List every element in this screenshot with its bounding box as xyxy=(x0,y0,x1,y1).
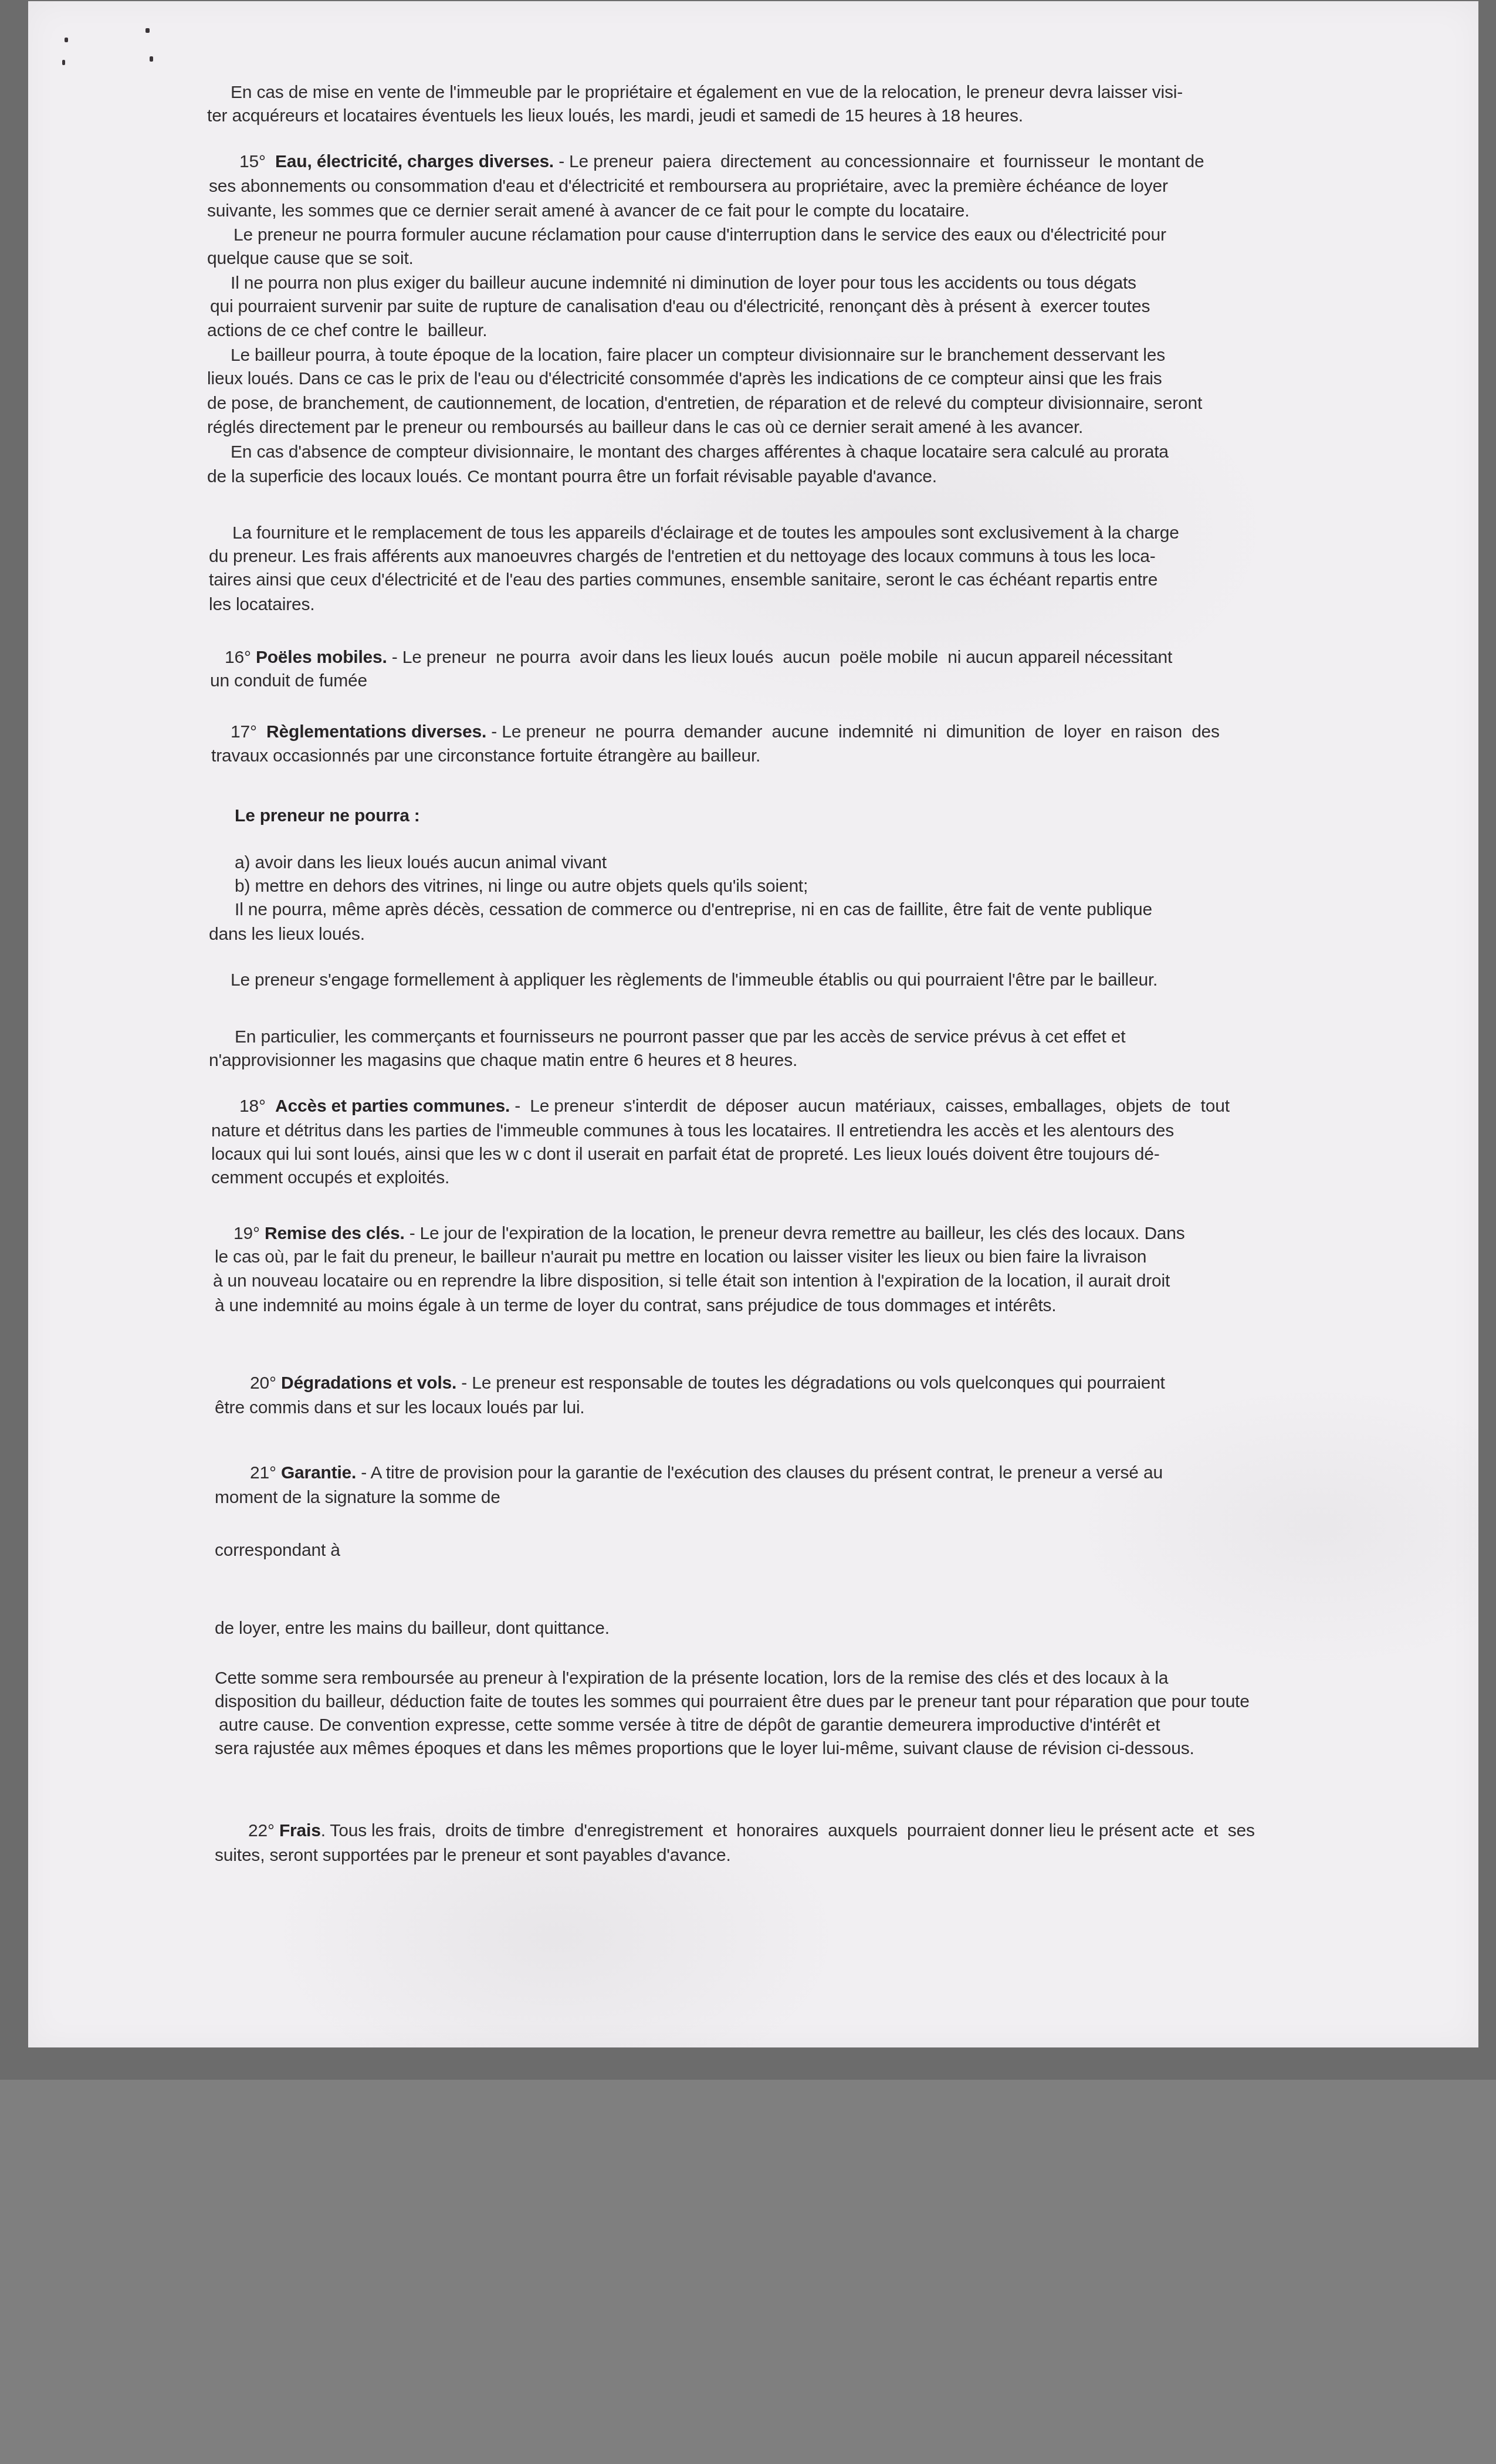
clause-text: - A titre de provision pour la garantie … xyxy=(356,1463,1163,1483)
text-line: travaux occasionnés par une circonstance… xyxy=(211,746,760,767)
text-line: de loyer, entre les mains du bailleur, d… xyxy=(215,1618,610,1639)
text-line: n'approvisionner les magasins que chaque… xyxy=(209,1050,797,1071)
text-line: La fourniture et le remplacement de tous… xyxy=(232,523,1179,544)
clause-heading-line: 16° Poëles mobiles. - Le preneur ne pour… xyxy=(225,647,1172,668)
clause-text: . Tous les frais, droits de timbre d'enr… xyxy=(321,1821,1255,1840)
text-line: sera rajustée aux mêmes époques et dans … xyxy=(215,1738,1194,1759)
text-line: moment de la signature la somme de xyxy=(215,1487,500,1508)
subheading: Le preneur ne pourra : xyxy=(235,805,420,827)
list-item: a) avoir dans les lieux loués aucun anim… xyxy=(235,852,607,874)
scan-speck xyxy=(65,38,68,42)
clause-title: Poëles mobiles. xyxy=(256,648,387,667)
clause-title: Remise des clés. xyxy=(265,1224,405,1243)
text-line: correspondant à xyxy=(215,1540,340,1561)
clause-heading-line: 22° Frais. Tous les frais, droits de tim… xyxy=(248,1820,1255,1842)
clause-text: - Le preneur est responsable de toutes l… xyxy=(456,1373,1165,1393)
text-line: à une indemnité au moins égale à un term… xyxy=(215,1295,1056,1316)
text-line: un conduit de fumée xyxy=(210,671,367,692)
text-line: En cas de mise en vente de l'immeuble pa… xyxy=(231,82,1183,103)
text-line: à un nouveau locataire ou en reprendre l… xyxy=(213,1271,1170,1292)
text-line: disposition du bailleur, déduction faite… xyxy=(215,1691,1250,1712)
clause-title: Dégradations et vols. xyxy=(281,1373,456,1393)
text-line: Le bailleur pourra, à toute époque de la… xyxy=(231,345,1165,366)
text-line: Le preneur ne pourra formuler aucune réc… xyxy=(233,225,1166,246)
text-line: du preneur. Les frais afférents aux mano… xyxy=(209,546,1156,567)
text-line: être commis dans et sur les locaux loués… xyxy=(215,1397,584,1419)
clause-title: Accès et parties communes. xyxy=(275,1096,510,1116)
text-line: ter acquéreurs et locataires éventuels l… xyxy=(207,106,1023,127)
text-line: les locataires. xyxy=(209,594,314,615)
text-line: réglés directement par le preneur ou rem… xyxy=(207,417,1083,438)
text-line: suites, seront supportées par le preneur… xyxy=(215,1845,731,1866)
clause-number: 20° xyxy=(250,1373,276,1393)
clause-title: Frais xyxy=(279,1821,321,1840)
clause-text: - Le preneur ne pourra avoir dans les li… xyxy=(387,648,1172,667)
text-line: dans les lieux loués. xyxy=(209,924,365,945)
clause-number: 17° xyxy=(231,722,257,742)
text-line: locaux qui lui sont loués, ainsi que les… xyxy=(211,1144,1159,1165)
text-line: suivante, les sommes que ce dernier sera… xyxy=(207,201,969,222)
text-line: Cette somme sera remboursée au preneur à… xyxy=(215,1668,1168,1689)
text-line: lieux loués. Dans ce cas le prix de l'ea… xyxy=(207,368,1162,390)
clause-number: 15° xyxy=(239,152,266,171)
text-line: de la superficie des locaux loués. Ce mo… xyxy=(207,466,937,488)
scanned-page: En cas de mise en vente de l'immeuble pa… xyxy=(28,1,1478,2047)
text-line: Il ne pourra, même après décès, cessatio… xyxy=(235,899,1152,920)
clause-title: Eau, électricité, charges diverses. xyxy=(275,152,554,171)
text-line: Il ne pourra non plus exiger du bailleur… xyxy=(231,273,1136,294)
scan-speck xyxy=(150,56,153,62)
scan-speck xyxy=(145,28,150,33)
list-item: b) mettre en dehors des vitrines, ni lin… xyxy=(235,876,808,897)
clause-text: - Le preneur ne pourra demander aucune i… xyxy=(486,722,1220,742)
clause-text: - Le preneur paiera directement au conce… xyxy=(554,152,1204,171)
text-line: le cas où, par le fait du preneur, le ba… xyxy=(215,1247,1146,1268)
clause-heading-line: 17° Règlementations diverses. - Le prene… xyxy=(231,722,1220,743)
text-line: actions de ce chef contre le bailleur. xyxy=(207,320,488,341)
text-line: taires ainsi que ceux d'électricité et d… xyxy=(209,570,1157,591)
text-line: de pose, de branchement, de cautionnemen… xyxy=(207,393,1202,414)
clause-text: - Le jour de l'expiration de la location… xyxy=(405,1224,1185,1243)
clause-heading-line: 21° Garantie. - A titre de provision pou… xyxy=(250,1463,1163,1484)
clause-heading-line: 20° Dégradations et vols. - Le preneur e… xyxy=(250,1373,1165,1394)
text-line: ses abonnements ou consommation d'eau et… xyxy=(209,176,1168,197)
clause-number: 16° xyxy=(225,648,251,667)
text-line: En cas d'absence de compteur divisionnai… xyxy=(231,442,1169,463)
clause-heading-line: 19° Remise des clés. - Le jour de l'expi… xyxy=(233,1223,1185,1244)
clause-heading-line: 15° Eau, électricité, charges diverses. … xyxy=(239,151,1204,172)
scan-speck xyxy=(62,60,65,65)
text-line: quelque cause que se soit. xyxy=(207,248,414,269)
text-line: qui pourraient survenir par suite de rup… xyxy=(210,296,1150,317)
clause-title: Garantie. xyxy=(281,1463,356,1483)
clause-number: 19° xyxy=(233,1224,260,1243)
text-line: Le preneur s'engage formellement à appli… xyxy=(231,970,1157,991)
text-line: En particulier, les commerçants et fourn… xyxy=(235,1027,1125,1048)
clause-number: 18° xyxy=(239,1096,266,1116)
clause-number: 22° xyxy=(248,1821,275,1840)
clause-heading-line: 18° Accès et parties communes. - Le pren… xyxy=(239,1096,1230,1117)
text-line: cemment occupés et exploités. xyxy=(211,1167,449,1189)
clause-text: - Le preneur s'interdit de déposer aucun… xyxy=(510,1096,1230,1116)
clause-number: 21° xyxy=(250,1463,276,1483)
clause-title: Règlementations diverses. xyxy=(266,722,486,742)
text-line: autre cause. De convention expresse, cet… xyxy=(219,1715,1160,1736)
text-line: nature et détritus dans les parties de l… xyxy=(211,1121,1174,1142)
